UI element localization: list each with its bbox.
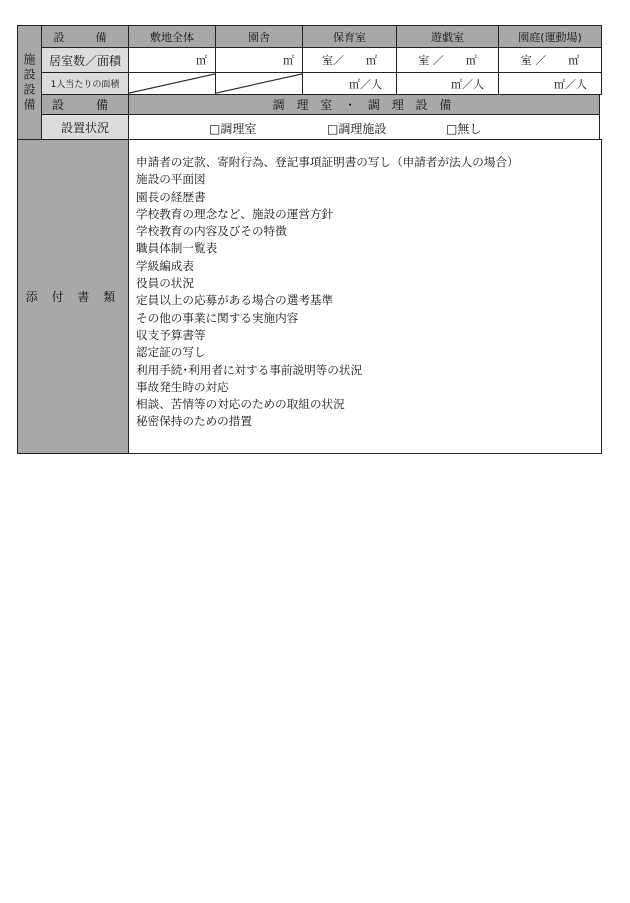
diagonal-strike-icon [129, 73, 215, 94]
attachment-item: 施設の平面図 [136, 171, 601, 188]
attachment-item: 学級編成表 [136, 258, 601, 275]
attachment-item: 事故発生時の対応 [136, 379, 601, 396]
installation-status-label: 設置状況 [41, 114, 129, 140]
attachment-item: その他の事業に関する実施内容 [136, 310, 601, 327]
rooms-area-label: 居室数／面積 [41, 47, 129, 73]
attachment-item: 学校教育の理念など、施設の運営方針 [136, 206, 601, 223]
attachment-item: 申請者の定款、寄附行為、登記事項証明書の写し（申請者が法人の場合） [136, 154, 601, 171]
column-header-site: 敷地全体 [128, 25, 216, 48]
attachment-item: 役員の状況 [136, 275, 601, 292]
equipment-row-label: 設 備 [41, 94, 129, 115]
attachments-list: 申請者の定款、寄附行為、登記事項証明書の写し（申請者が法人の場合） 施設の平面図… [128, 139, 602, 454]
kitchen-equipment-header: 調 理 室 ・ 調 理 設 備 [128, 94, 600, 115]
column-header-nursery-room: 保育室 [302, 25, 397, 48]
per-person-area-label: 1人当たりの面積 [41, 72, 129, 95]
attachment-item: 秘密保持のための措置 [136, 413, 601, 430]
equipment-header-label: 設 備 [41, 25, 129, 48]
checkbox-none[interactable]: □無し [446, 120, 481, 137]
attachment-item: 認定証の写し [136, 344, 601, 361]
attachment-item: 学校教育の内容及びその特徴 [136, 223, 601, 240]
column-header-playroom: 遊戯室 [396, 25, 499, 48]
attachment-item: 相談、苦情等の対応のための取組の状況 [136, 396, 601, 413]
attachment-item: 定員以上の応募がある場合の選考基準 [136, 292, 601, 309]
checkbox-cooking-facility[interactable]: □調理施設 [327, 120, 386, 137]
site-area-field[interactable]: ㎡ [128, 47, 216, 73]
playroom-rooms-area-field[interactable]: 室 ／ ㎡ [396, 47, 499, 73]
building-area-field[interactable]: ㎡ [215, 47, 303, 73]
diagonal-strike-icon [216, 73, 302, 94]
column-header-building: 園舎 [215, 25, 303, 48]
facility-group-label: 施設設備 [17, 25, 42, 140]
installation-status-options: □調理室 □調理施設 □無し [128, 114, 600, 140]
facility-group-text: 施設設備 [21, 53, 38, 113]
attachments-label: 添 付 書 類 [17, 139, 129, 454]
nursery-room-rooms-area-field[interactable]: 室／ ㎡ [302, 47, 397, 73]
playground-rooms-area-field[interactable]: 室 ／ ㎡ [498, 47, 602, 73]
attachment-item: 収支予算書等 [136, 327, 601, 344]
attachment-item: 園長の経歴書 [136, 189, 601, 206]
playground-per-person-field[interactable]: ㎡／人 [498, 72, 602, 95]
attachment-item: 職員体制一覧表 [136, 240, 601, 257]
building-per-person-na-cell [215, 72, 303, 95]
site-per-person-na-cell [128, 72, 216, 95]
checkbox-kitchen[interactable]: □調理室 [209, 120, 256, 137]
column-header-playground: 園庭(運動場) [498, 25, 602, 48]
nursery-room-per-person-field[interactable]: ㎡／人 [302, 72, 397, 95]
playroom-per-person-field[interactable]: ㎡／人 [396, 72, 499, 95]
attachment-item: 利用手続･利用者に対する事前説明等の状況 [136, 362, 601, 379]
